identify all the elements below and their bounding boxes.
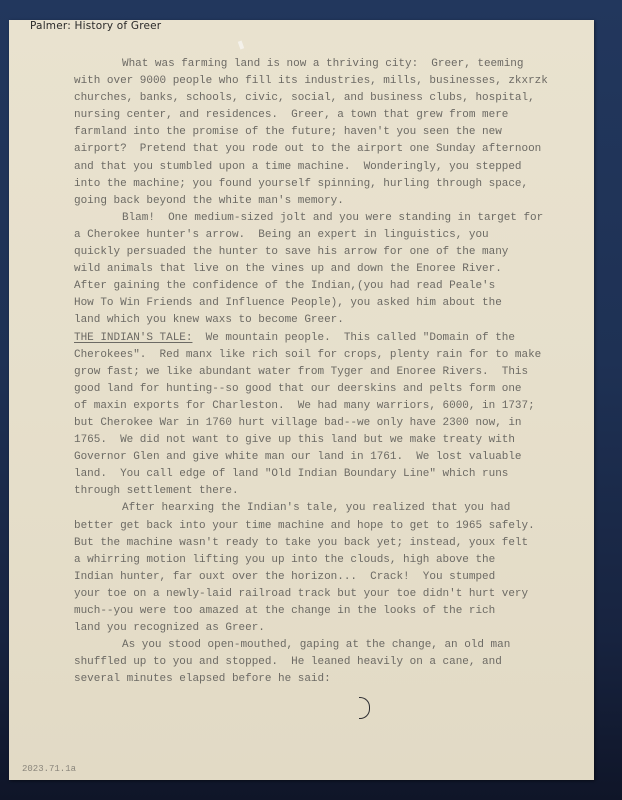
text-line: How To Win Friends and Influence People)… [74,295,594,312]
text-line-content: farmland into the promise of the future;… [74,126,502,138]
text-line-content: land. You call edge of land "Old Indian … [74,468,508,480]
text-line-content: How To Win Friends and Influence People)… [74,297,502,309]
text-line-content: churches, banks, schools, civic, social,… [74,92,535,104]
text-line-content: As you stood open-mouthed, gaping at the… [122,639,510,651]
text-line-content: better get back into your time machine a… [74,520,535,532]
text-line: going back beyond the white man's memory… [74,193,594,210]
text-line-content: shuffled up to you and stopped. He leane… [74,656,502,668]
text-line: good land for hunting--so good that our … [74,381,594,398]
text-line: your toe on a newly-laid railroad track … [74,586,594,603]
text-line: But the machine wasn't ready to take you… [74,535,594,552]
text-line-content: your toe on a newly-laid railroad track … [74,588,528,600]
text-line-content: into the machine; you found yourself spi… [74,178,528,190]
text-line-content: land you recognized as Greer. [74,622,265,634]
text-line-content: What was farming land is now a thriving … [122,58,523,70]
text-line: land you recognized as Greer. [74,620,594,637]
text-line: Cherokees". Red manx like rich soil for … [74,347,594,364]
text-line-content: 1765. We did not want to give up this la… [74,434,515,446]
text-line: farmland into the promise of the future;… [74,124,594,141]
text-line: wild animals that live on the vines up a… [74,261,594,278]
text-line-content: We mountain people. This called "Domain … [192,332,514,344]
text-line-content: land which you knew waxs to become Greer… [74,314,344,326]
text-line: After gaining the confidence of the Indi… [74,278,594,295]
text-line: As you stood open-mouthed, gaping at the… [74,637,594,654]
text-line-content: After hearxing the Indian's tale, you re… [122,502,510,514]
text-line-content: airport? Pretend that you rode out to th… [74,143,541,155]
text-line-content: a whirring motion lifting you up into th… [74,554,495,566]
text-line: but Cherokee War in 1760 hurt village ba… [74,415,594,432]
text-line: with over 9000 people who fill its indus… [74,73,594,90]
text-line-content: Cherokees". Red manx like rich soil for … [74,349,541,361]
section-heading: THE INDIAN'S TALE: [74,332,192,344]
text-line-content: good land for hunting--so good that our … [74,383,522,395]
text-line: a whirring motion lifting you up into th… [74,552,594,569]
text-line-content: several minutes elapsed before he said: [74,673,331,685]
text-line-content: Governor Glen and give white man our lan… [74,451,522,463]
text-line-content: nursing center, and residences. Greer, a… [74,109,508,121]
text-line: a Cherokee hunter's arrow. Being an expe… [74,227,594,244]
text-line: through settlement there. [74,483,594,500]
text-line: After hearxing the Indian's tale, you re… [74,500,594,517]
text-line-content: wild animals that live on the vines up a… [74,263,502,275]
text-line-content: quickly persuaded the hunter to save his… [74,246,508,258]
accession-number: 2023.71.1a [22,764,76,774]
paper-tear-mark [238,41,244,50]
text-line-content: After gaining the confidence of the Indi… [74,280,495,292]
typed-body-text: What was farming land is now a thriving … [74,56,594,688]
text-line: and that you stumbled upon a time machin… [74,159,594,176]
text-line: Blam! One medium-sized jolt and you were… [74,210,594,227]
text-line-content: a Cherokee hunter's arrow. Being an expe… [74,229,489,241]
text-line: land. You call edge of land "Old Indian … [74,466,594,483]
text-line-content: Blam! One medium-sized jolt and you were… [122,212,543,224]
text-line: of maxin exports for Charleston. We had … [74,398,594,415]
text-line-content: of maxin exports for Charleston. We had … [74,400,535,412]
text-line-content: through settlement there. [74,485,239,497]
text-line: quickly persuaded the hunter to save his… [74,244,594,261]
text-line-content: Indian hunter, far ouxt over the horizon… [74,571,495,583]
text-line: much--you were too amazed at the change … [74,603,594,620]
text-line: shuffled up to you and stopped. He leane… [74,654,594,671]
text-line: Governor Glen and give white man our lan… [74,449,594,466]
text-line-content: but Cherokee War in 1760 hurt village ba… [74,417,522,429]
text-line-content: But the machine wasn't ready to take you… [74,537,528,549]
text-line: 1765. We did not want to give up this la… [74,432,594,449]
handwritten-title: Palmer: History of Greer [30,20,161,32]
text-line: THE INDIAN'S TALE: We mountain people. T… [74,330,594,347]
text-line-content: with over 9000 people who fill its indus… [74,75,548,87]
text-line: better get back into your time machine a… [74,518,594,535]
text-line: into the machine; you found yourself spi… [74,176,594,193]
text-line: airport? Pretend that you rode out to th… [74,141,594,158]
text-line: Indian hunter, far ouxt over the horizon… [74,569,594,586]
text-line: grow fast; we like abundant water from T… [74,364,594,381]
text-line: What was farming land is now a thriving … [74,56,594,73]
text-line-content: grow fast; we like abundant water from T… [74,366,528,378]
text-line: nursing center, and residences. Greer, a… [74,107,594,124]
text-line: churches, banks, schools, civic, social,… [74,90,594,107]
text-line: land which you knew waxs to become Greer… [74,312,594,329]
text-line-content: much--you were too amazed at the change … [74,605,495,617]
text-line-content: going back beyond the white man's memory… [74,195,344,207]
text-line: several minutes elapsed before he said: [74,671,594,688]
text-line-content: and that you stumbled upon a time machin… [74,161,522,173]
